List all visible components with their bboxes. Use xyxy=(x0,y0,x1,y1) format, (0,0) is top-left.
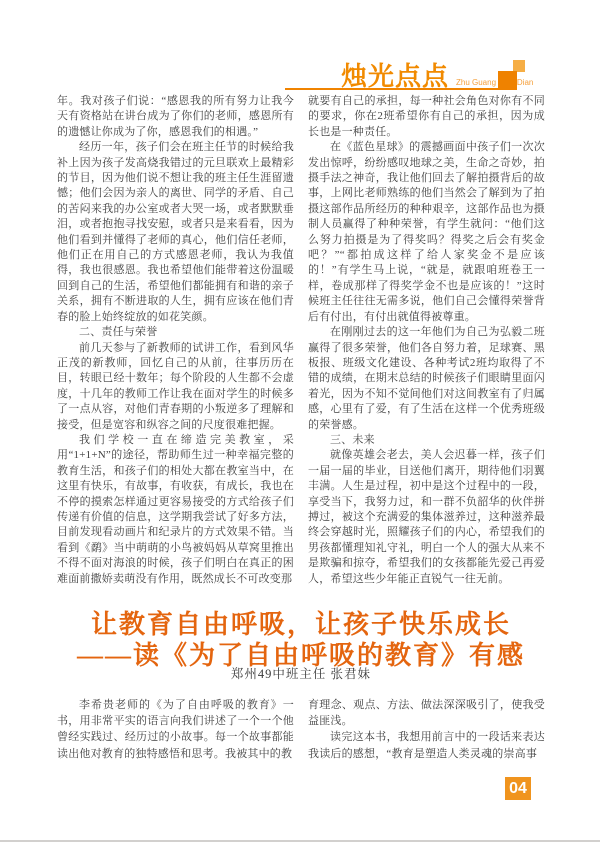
body-paragraph: 我们学校一直在缔造完美教室，采用“1+1+N”的途径，帮助师生过一种幸福完整的教… xyxy=(57,433,294,587)
article-top-section: 年。我对孩子们说：“感恩我的所有努力让我今天有资格站在讲台成为了你们的老师，感恩… xyxy=(57,94,545,587)
page-header: 烛光点点 Zhu Guang Dian Dian xyxy=(283,58,533,94)
section-heading-responsibility: 二、责任与荣誉 xyxy=(57,325,294,340)
section-heading-future: 三、未来 xyxy=(308,433,545,448)
feature-byline: 郑州49中班主任 张君妹 xyxy=(57,664,545,682)
body-paragraph: 读完这本书，我想用前言中的一段话来表达我读后的感想，“教育是塑造人类灵魂的崇高事 xyxy=(308,729,545,761)
page-bottom-edge xyxy=(0,840,600,842)
body-paragraph: 就像英雄会老去，美人会迟暮一样，孩子们一届一届的毕业，目送他们离开，期待他们羽翼… xyxy=(308,448,545,587)
body-paragraph: 经历一年，孩子们会在班主任节的时候给我补上因为孩子发高烧我错过的元旦联欢上最精彩… xyxy=(57,140,294,325)
body-paragraph: 育理念、观点、方法、做法深深吸引了，使我受益匪浅。 xyxy=(308,697,545,729)
decor-square-big xyxy=(498,71,517,90)
body-paragraph: 年。我对孩子们说：“感恩我的所有努力让我今天有资格站在讲台成为了你们的老师，感恩… xyxy=(57,94,294,140)
magazine-page: 烛光点点 Zhu Guang Dian Dian 年。我对孩子们说：“感恩我的所… xyxy=(0,0,600,849)
body-paragraph: 在《蓝色星球》的震撼画面中孩子们一次次发出惊呼，纷纷感叹地球之美，生命之奇妙，拍… xyxy=(308,140,545,325)
column-brand-pinyin: Zhu Guang Dian Dian xyxy=(456,78,533,87)
body-paragraph: 前几天参与了新教师的试讲工作，看到风华正茂的新教师，回忆自己的从前，往事历历在目… xyxy=(57,341,294,433)
feature-title-line1: 让教育自由呼吸，让孩子快乐成长 xyxy=(91,610,511,639)
bottom-left-column: 李希贵老师的《为了自由呼吸的教育》一书，用非常平实的语言向我们讲述了一个一个他曾… xyxy=(57,697,294,762)
page-number-badge: 04 xyxy=(505,777,531,800)
column-brand-title: 烛光点点 xyxy=(341,63,449,89)
top-right-column: 就要有自己的承担，每一种社会角色对你有不同的要求，你在2班希望你有自己的承担，因… xyxy=(308,94,545,587)
article-bottom-section: 李希贵老师的《为了自由呼吸的教育》一书，用非常平实的语言向我们讲述了一个一个他曾… xyxy=(57,697,545,762)
body-paragraph: 就要有自己的承担，每一种社会角色对你有不同的要求，你在2班希望你有自己的承担，因… xyxy=(308,94,545,140)
feature-article-title: 让教育自由呼吸，让孩子快乐成长 ——读《为了自由呼吸的教育》有感 xyxy=(40,609,562,671)
bottom-right-column: 育理念、观点、方法、做法深深吸引了，使我受益匪浅。 读完这本书，我想用前言中的一… xyxy=(308,697,545,762)
body-paragraph: 在刚刚过去的这一年他们为自己为弘毅二班赢得了很多荣誉，他们各自努力着，足球赛、黑… xyxy=(308,325,545,433)
top-left-column: 年。我对孩子们说：“感恩我的所有努力让我今天有资格站在讲台成为了你们的老师，感恩… xyxy=(57,94,294,587)
body-paragraph: 李希贵老师的《为了自由呼吸的教育》一书，用非常平实的语言向我们讲述了一个一个他曾… xyxy=(57,697,294,762)
